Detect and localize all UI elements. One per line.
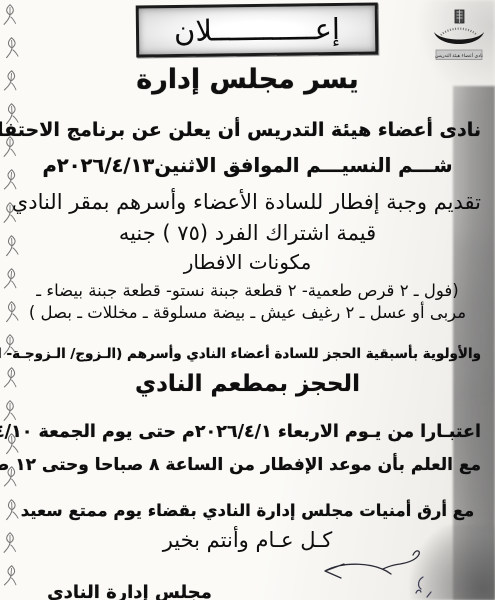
tulip-icon — [1, 365, 21, 389]
tulip-icon — [2, 498, 21, 522]
left-rail — [1, 3, 19, 587]
tulip-icon — [2, 36, 21, 60]
body-line-meal-time: مع العلم بأن موعد الإفطار من الساعة ٨ صب… — [14, 455, 481, 475]
body-line-menu-items-2: مربى أو عسل ـ ٢ رغيف عيش ـ بيضة مسلوقة ـ… — [14, 303, 481, 322]
body-line-booking-place: الحجز بمطعم النادي — [14, 371, 481, 397]
board-heading: يسر مجلس إدارة — [0, 64, 495, 95]
tulip-icon — [1, 3, 19, 26]
body-line-menu-title: مكونات الافطار — [14, 250, 481, 274]
announcement-title-box: إعــــــــــــلان — [136, 3, 379, 58]
announcement-title: إعــــــــــــلان — [174, 14, 340, 45]
logo-arc-text — [441, 29, 477, 35]
tulip-icon — [1, 167, 21, 191]
logo-crescent-icon — [434, 32, 484, 44]
body-line-booking-window: اعتبـارا من يـوم الاربعاء ٢٠٢٦/٤/١م حتى … — [14, 422, 481, 442]
scanned-announcement-page: { "doc": { "announce_box": "إعــــــــــ… — [0, 0, 495, 600]
tulip-icon — [2, 234, 21, 258]
logo-crest-icon — [455, 10, 464, 23]
tulip-icon — [1, 563, 21, 587]
body-line-wishes: مع أرق أمنيات مجلس إدارة النادي بقضاء يو… — [14, 501, 481, 520]
faculty-club-logo: نادى أعضاء هيئة التدريس — [428, 9, 490, 67]
tulip-icon — [1, 201, 19, 224]
tulip-icon — [1, 531, 19, 554]
tulip-icon — [1, 135, 19, 158]
tulip-icon — [1, 399, 19, 422]
body-line-meal-offer: تقديم وجبة إفطار للسادة الأعضاء وأسرهم ب… — [14, 190, 481, 214]
body-line-priority-note: والأولوية بأسبقية الحجز للسادة أعضاء الن… — [14, 346, 481, 362]
body-line-price: قيمة اشتراك الفرد (٧٥ ) جنيه — [14, 221, 481, 245]
tulip-icon — [2, 102, 21, 126]
tulip-icon — [1, 68, 21, 92]
tulip-icon — [2, 432, 21, 456]
footer-signer: مجلس إدارة النادي — [32, 582, 227, 600]
body-line-menu-items-1: (فول ـ ٢ قرص طعمية- ٢ قطعة جبنة نستو- قط… — [14, 281, 481, 300]
body-line-club-name: نادى أعضاء هيئة التدريس أن يعلن عن برنام… — [14, 119, 481, 141]
tulip-icon — [2, 300, 21, 324]
tulip-icon — [1, 266, 21, 290]
tulip-icon — [1, 464, 21, 488]
tulip-icon — [1, 333, 19, 356]
body-line-event-date: شـــم النسيـــم الموافق الاثنين٢٠٢٦/٤/١٣… — [14, 154, 481, 177]
logo-ribbon: نادى أعضاء هيئة التدريس — [435, 50, 483, 60]
signature-scribble — [295, 541, 445, 600]
logo-ribbon-text: نادى أعضاء هيئة التدريس — [435, 52, 483, 59]
